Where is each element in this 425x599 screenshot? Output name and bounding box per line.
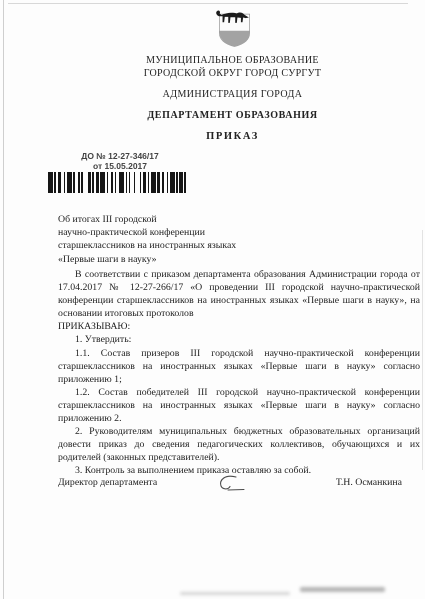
signer-name: Т.Н. Османкина	[336, 477, 402, 488]
order-item: 1.1. Состав призеров III городской научн…	[58, 347, 420, 386]
signature-mark-icon	[216, 474, 248, 494]
administration-line: АДМИНИСТРАЦИЯ ГОРОДА	[40, 89, 425, 100]
subject-block: Об итогах III городской научно-практичес…	[58, 213, 278, 266]
scan-edge-left	[3, 0, 4, 599]
city-district-line: ГОРОДСКОЙ ОКРУГ ГОРОД СУРГУТ	[40, 68, 425, 79]
municipal-formation-line: МУНИЦИПАЛЬНОЕ ОБРАЗОВАНИЕ	[40, 55, 425, 66]
order-item: 2. Руководителям муниципальных бюджетных…	[58, 425, 420, 464]
barcode-icon	[48, 172, 191, 193]
black-fox-icon	[211, 9, 255, 28]
order-item: 1.2. Состав победителей III городской на…	[58, 386, 420, 425]
subject-line: Об итогах III городской	[58, 213, 278, 226]
intro-paragraph: В соответствии с приказом департамента о…	[58, 268, 420, 320]
order-body: В соответствии с приказом департамента о…	[58, 268, 420, 478]
subject-line: «Первые шаги в науку»	[58, 253, 278, 266]
document-type-title: ПРИКАЗ	[40, 131, 425, 142]
registration-date: от 15.05.2017	[48, 161, 192, 171]
subject-line: старшеклассников на иностранных языках	[58, 239, 278, 252]
scan-smudge	[300, 587, 385, 592]
surgut-coat-of-arms-icon	[211, 8, 257, 48]
scan-smudge	[180, 592, 290, 595]
scanned-order-document: МУНИЦИПАЛЬНОЕ ОБРАЗОВАНИЕ ГОРОДСКОЙ ОКРУ…	[0, 0, 425, 599]
scan-edge-right	[422, 230, 423, 470]
signer-position: Директор департамента	[58, 477, 157, 488]
scan-edge-top	[8, 3, 408, 4]
registration-stamp: ДО № 12-27-346/17 от 15.05.2017	[48, 151, 192, 171]
subject-line: научно-практической конференции	[58, 226, 278, 239]
barcode-bar	[186, 172, 191, 193]
department-line: ДЕПАРТАМЕНТ ОБРАЗОВАНИЯ	[40, 110, 425, 121]
orders-heading: ПРИКАЗЫВАЮ:	[58, 320, 420, 333]
registration-number: ДО № 12-27-346/17	[48, 151, 192, 161]
order-item: 1. Утвердить:	[58, 333, 420, 346]
